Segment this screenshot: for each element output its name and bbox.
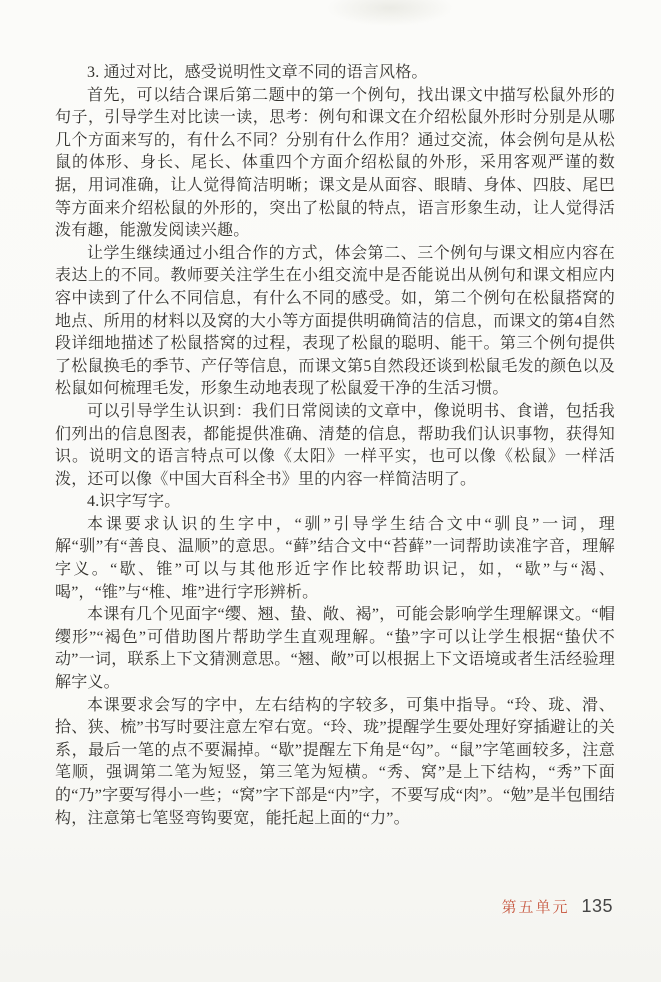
paragraph-group-work: 让学生继续通过小组合作的方式，体会第二、三个例句与课文相应内容在表达上的不同。教… (55, 243, 615, 401)
document-page: 3. 通过对比，感受说明性文章不同的语言风格。 首先，可以结合课后第二题中的第一… (0, 0, 661, 982)
paragraph-compare-first-example: 首先，可以结合课后第二题中的第一个例句，找出课文中描写松鼠外形的句子，引导学生对… (55, 85, 615, 243)
paragraph-reading-guidance: 可以引导学生认识到：我们日常阅读的文章中，像说明书、食谱，包括我们列出的信息图表… (55, 401, 615, 491)
paragraph-writing-characters: 本课要求会写的字中，左右结构的字较多，可集中指导。“玲、珑、滑、拾、狭、梳”书写… (55, 695, 615, 831)
page-footer: 第五单元 135 (501, 896, 613, 917)
body-text: 3. 通过对比，感受说明性文章不同的语言风格。 首先，可以结合课后第二题中的第一… (55, 62, 615, 830)
paragraph-sight-characters: 本课有几个见面字“缨、翘、蛰、敞、褐”，可能会影响学生理解课文。“帽缨形”“褐色… (55, 604, 615, 694)
paragraph-point-3: 3. 通过对比，感受说明性文章不同的语言风格。 (55, 62, 615, 85)
paragraph-point-4-heading: 4.识字写字。 (55, 491, 615, 514)
page-number: 135 (581, 896, 613, 917)
paragraph-character-recognition: 本课要求认识的生字中，“驯”引导学生结合文中“驯良”一词，理解“驯”有“善良、温… (55, 514, 615, 604)
unit-label: 第五单元 (501, 896, 569, 917)
